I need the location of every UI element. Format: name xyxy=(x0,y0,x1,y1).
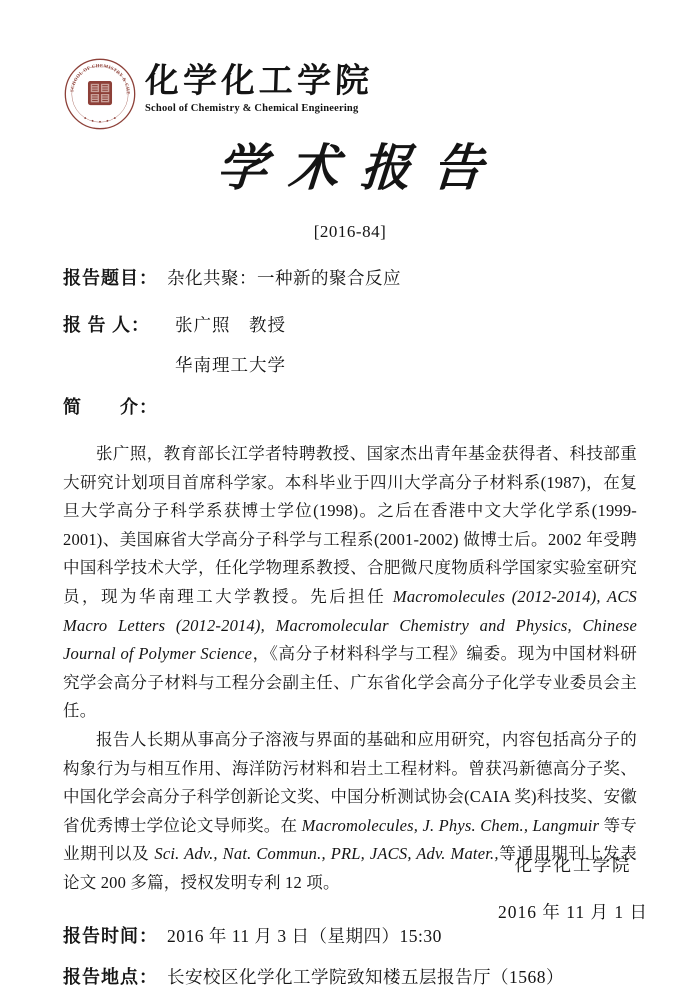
topic-row: 报告题目： 杂化共聚：一种新的聚合反应 xyxy=(63,264,637,290)
intro-label-row: 简 介： xyxy=(63,393,637,419)
signature-org: 化学化工学院 xyxy=(498,852,648,877)
signature-block: 化学化工学院 2016 年 11 月 1 日 xyxy=(498,852,648,924)
seal-icon: SCHOOL OF CHEMISTRY & CHEMICAL ENGINEERI… xyxy=(63,57,137,131)
seminar-announcement-document: SCHOOL OF CHEMISTRY & CHEMICAL ENGINEERI… xyxy=(0,0,700,989)
issue-number: [2016-84] xyxy=(0,222,700,242)
signature-date: 2016 年 11 月 1 日 xyxy=(498,899,648,924)
topic-label: 报告题目： xyxy=(63,264,167,290)
header: SCHOOL OF CHEMISTRY & CHEMICAL ENGINEERI… xyxy=(0,0,700,140)
speaker-affiliation: 华南理工大学 xyxy=(175,352,637,377)
time-value: 2016 年 11 月 3 日（星期四）15:30 xyxy=(167,923,442,948)
speaker-biography: 张广照，教育部长江学者特聘教授、国家杰出青年基金获得者、科技部重大研究计划项目首… xyxy=(63,440,637,898)
announcement-fields: 报告题目： 杂化共聚：一种新的聚合反应 报 告 人： 张广照 教授 华南理工大学… xyxy=(63,264,637,419)
logistics: 报告时间： 2016 年 11 月 3 日（星期四）15:30 报告地点： 长安… xyxy=(63,922,637,989)
topic-value: 杂化共聚：一种新的聚合反应 xyxy=(167,265,401,290)
time-label: 报告时间： xyxy=(63,922,167,948)
org-name-chinese: 化学化工学院 xyxy=(144,63,373,100)
venue-label: 报告地点： xyxy=(63,963,167,989)
document-title: 学术报告 xyxy=(0,128,700,200)
org-name-english: School of Chemistry & Chemical Engineeri… xyxy=(145,103,373,114)
speaker-row: 报 告 人： 张广照 教授 xyxy=(63,311,637,337)
bio-paragraph-1: 张广照，教育部长江学者特聘教授、国家杰出青年基金获得者、科技部重大研究计划项目首… xyxy=(63,440,637,726)
speaker-value: 张广照 教授 xyxy=(167,312,286,337)
speaker-label: 报 告 人： xyxy=(63,311,167,337)
intro-label: 简 介： xyxy=(63,393,167,419)
venue-value: 长安校区化学化工学院致知楼五层报告厅（1568） xyxy=(167,964,564,989)
time-row: 报告时间： 2016 年 11 月 3 日（星期四）15:30 xyxy=(63,922,637,948)
org-name-block: 化学化工学院 School of Chemistry & Chemical En… xyxy=(145,57,373,114)
school-seal-logo: SCHOOL OF CHEMISTRY & CHEMICAL ENGINEERI… xyxy=(63,57,137,136)
venue-row: 报告地点： 长安校区化学化工学院致知楼五层报告厅（1568） xyxy=(63,963,637,989)
